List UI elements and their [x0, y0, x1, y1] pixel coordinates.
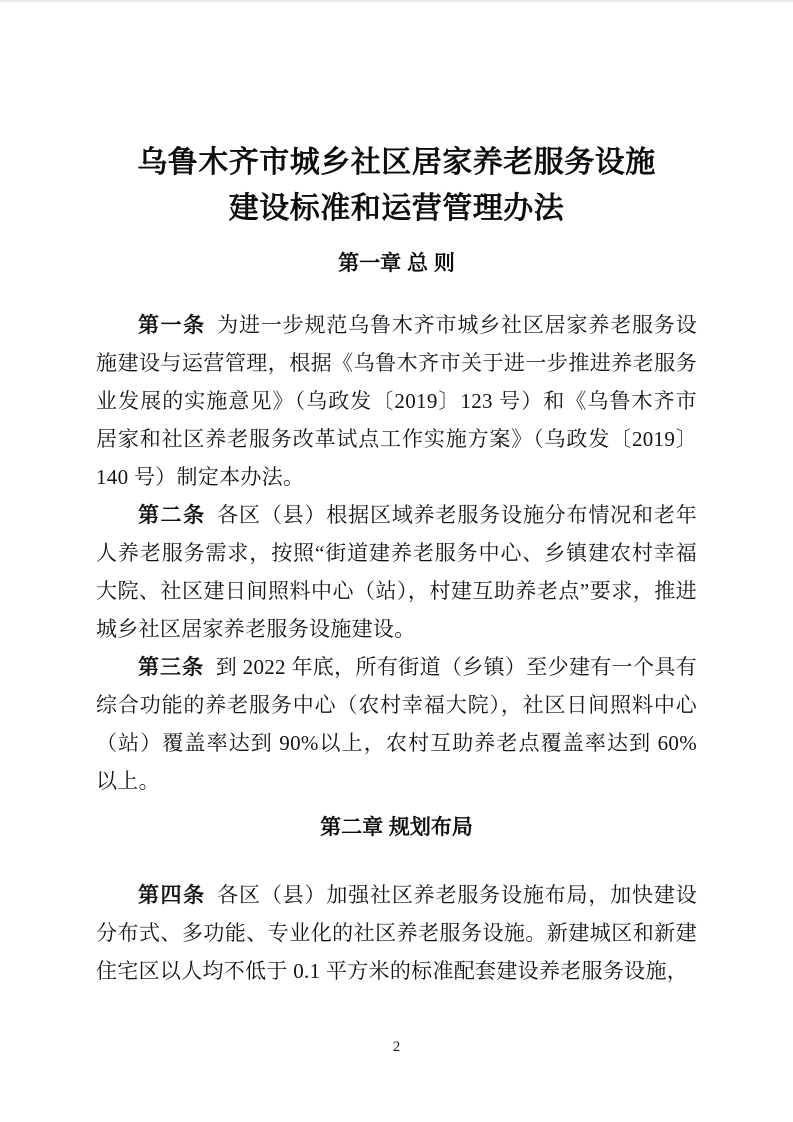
document-title-line-2: 建设标准和运营管理办法 [0, 186, 793, 232]
document-title-line-1: 乌鲁木齐市城乡社区居家养老服务设施 [0, 140, 793, 186]
article-1-paragraph: 第一条为进一步规范乌鲁木齐市城乡社区居家养老服务设施建设与运营管理，根据《乌鲁木… [96, 306, 697, 496]
article-2-number: 第二条 [138, 503, 206, 527]
article-1-text: 为进一步规范乌鲁木齐市城乡社区居家养老服务设施建设与运营管理，根据《乌鲁木齐市关… [96, 313, 697, 489]
article-3-paragraph: 第三条到 2022 年底，所有街道（乡镇）至少建有一个具有综合功能的养老服务中心… [96, 648, 697, 800]
article-1-number: 第一条 [138, 313, 206, 337]
article-2-paragraph: 第二条各区（县）根据区域养老服务设施分布情况和老年人养老服务需求，按照“街道建养… [96, 496, 697, 648]
page-top-edge [0, 0, 793, 2]
article-4-number: 第四条 [138, 883, 206, 907]
chapter-2-body: 第四条各区（县）加强社区养老服务设施布局，加快建设分布式、多功能、专业化的社区养… [96, 876, 697, 990]
article-4-paragraph: 第四条各区（县）加强社区养老服务设施布局，加快建设分布式、多功能、专业化的社区养… [96, 876, 697, 990]
chapter-1-heading: 第一章 总 则 [0, 248, 793, 280]
document-title: 乌鲁木齐市城乡社区居家养老服务设施 建设标准和运营管理办法 [0, 0, 793, 232]
document-page: 乌鲁木齐市城乡社区居家养老服务设施 建设标准和运营管理办法 第一章 总 则 第一… [0, 0, 793, 1122]
article-3-number: 第三条 [138, 655, 204, 679]
chapter-2-heading: 第二章 规划布局 [0, 812, 793, 844]
chapter-1-body: 第一条为进一步规范乌鲁木齐市城乡社区居家养老服务设施建设与运营管理，根据《乌鲁木… [96, 306, 697, 800]
page-number: 2 [0, 1036, 793, 1058]
